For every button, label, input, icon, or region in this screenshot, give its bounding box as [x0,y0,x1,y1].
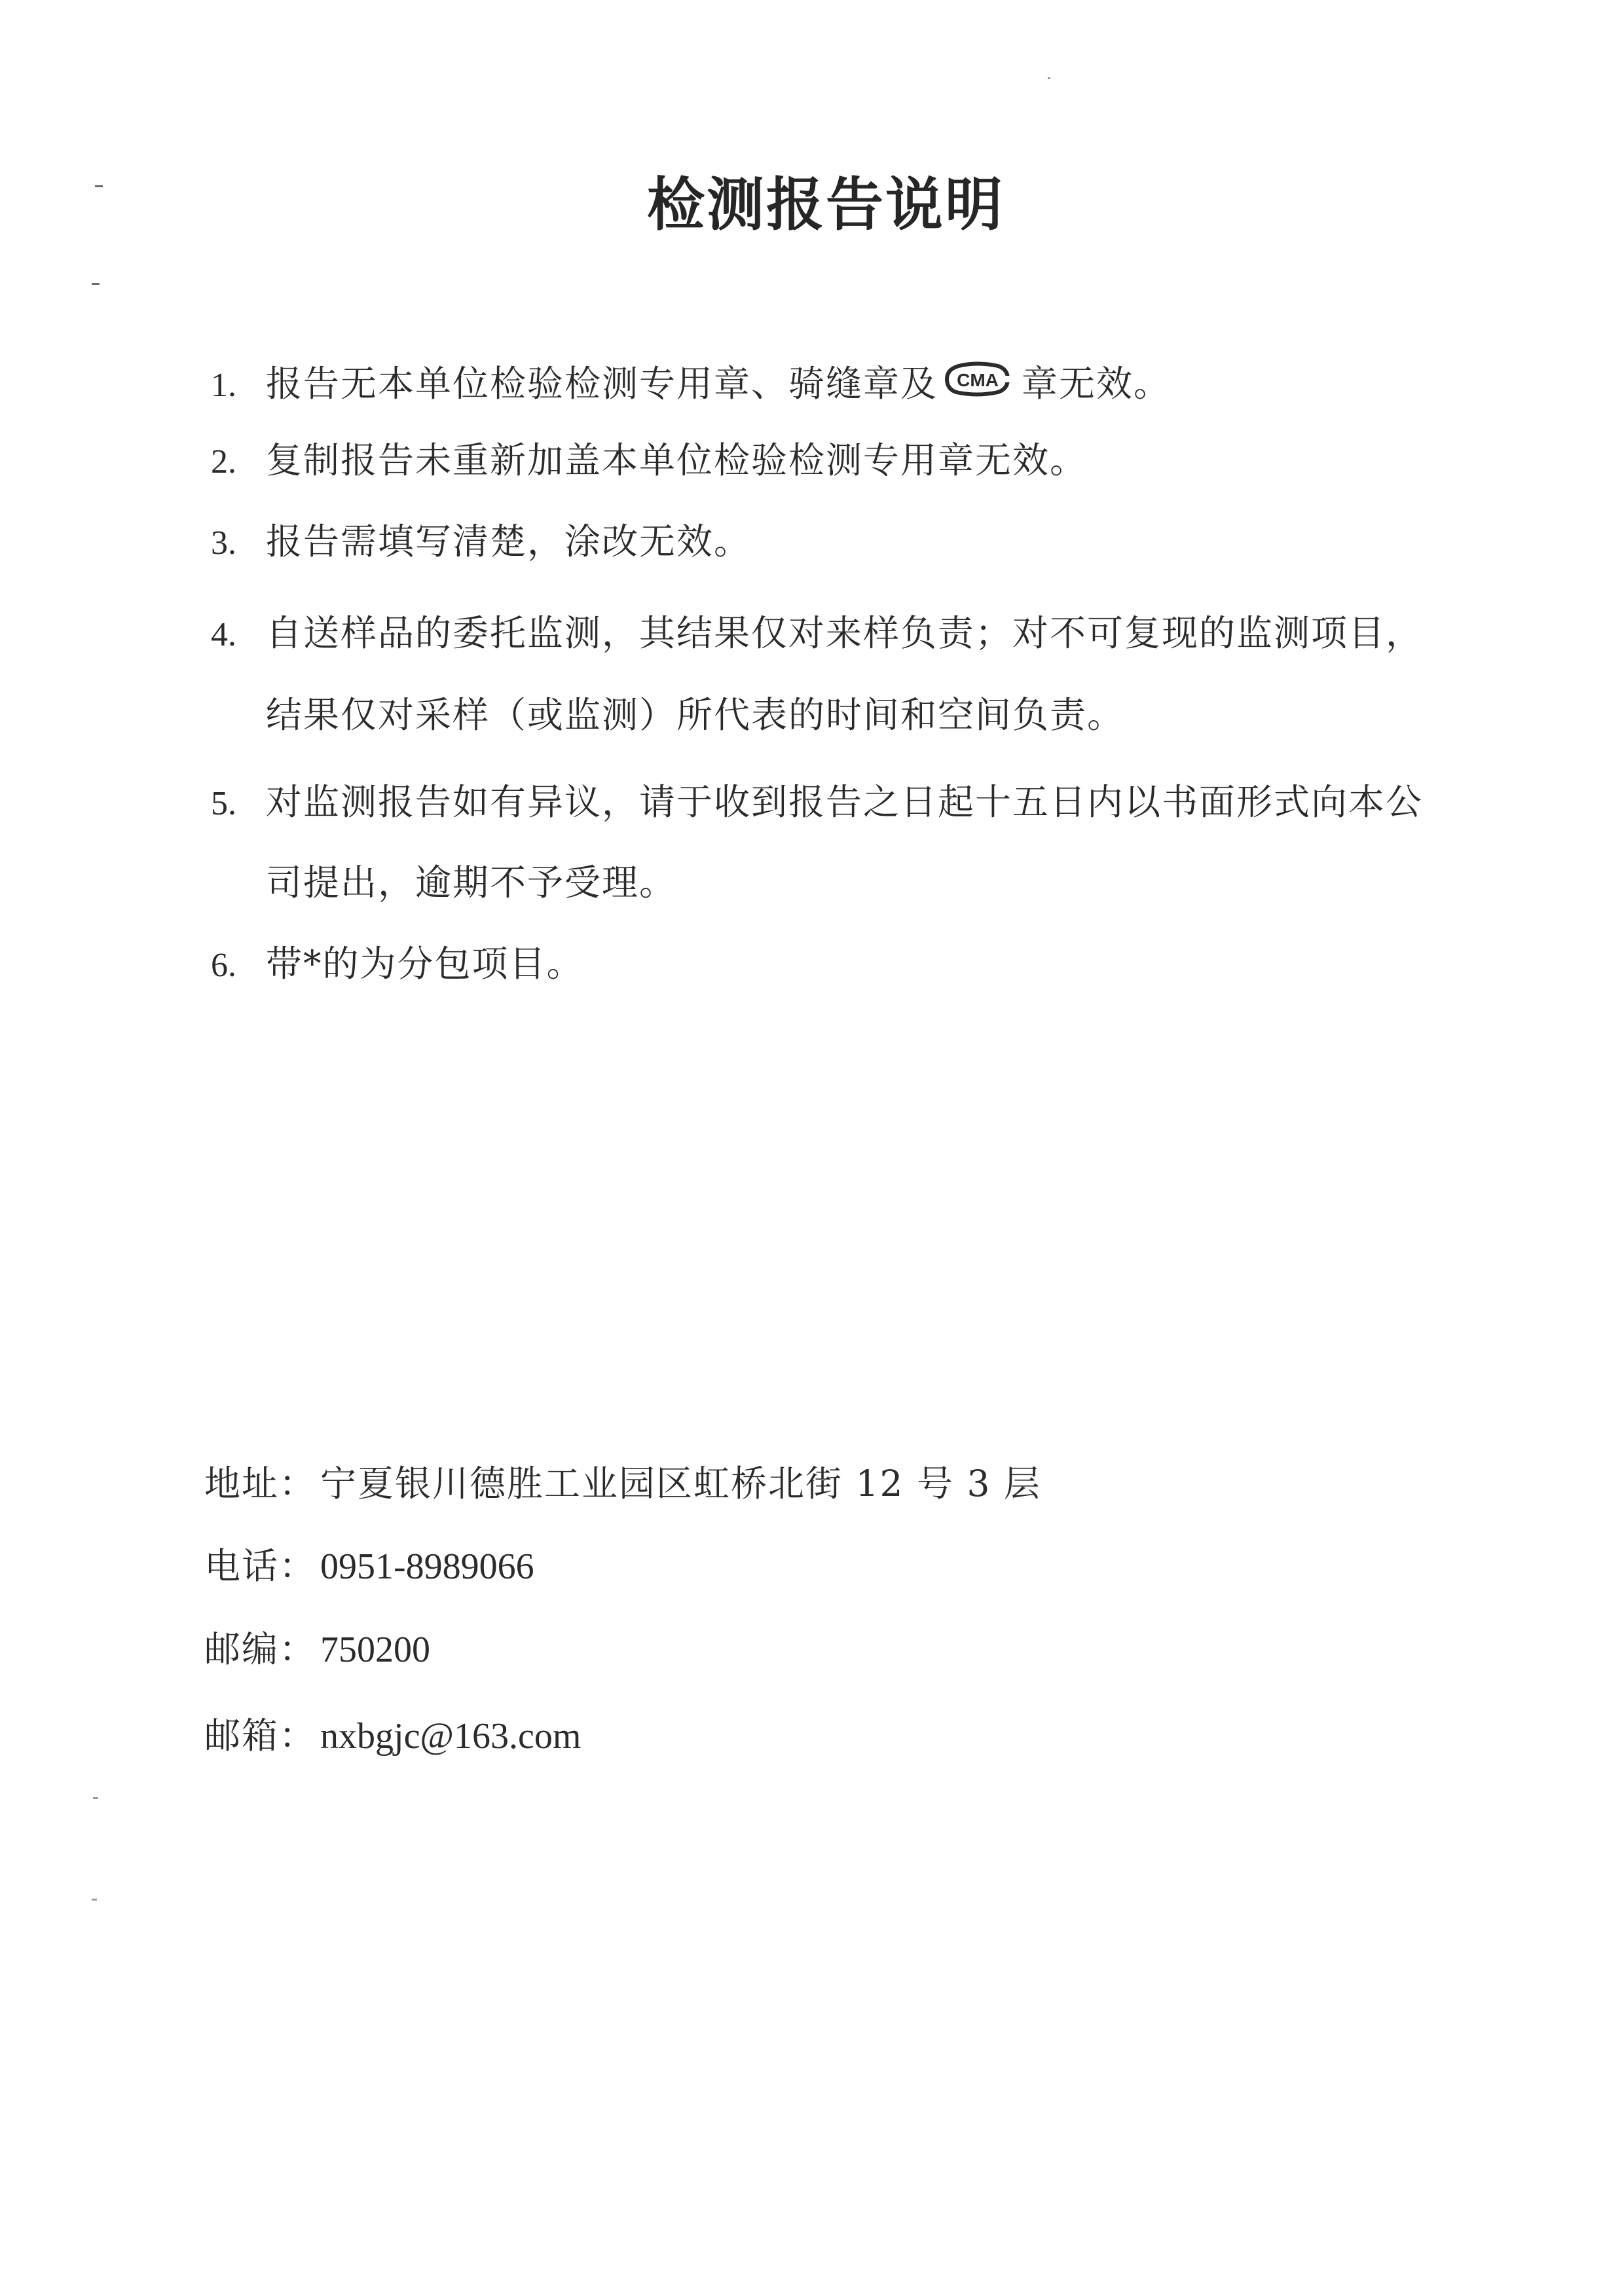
svg-text:CMA: CMA [957,370,999,390]
note-text-after-logo: 章无效。 [1022,363,1171,405]
note-text: 报告无本单位检验检测专用章、骑缝章及 [266,363,938,405]
note-number: 5. [211,781,266,827]
note-number: 4. [211,612,266,658]
note-number: 6. [211,943,266,989]
contact-email: 邮箱：nxbgjc@163.com [204,1713,581,1759]
note-item-1: 1.报告无本单位检验检测专用章、骑缝章及 CMA 章无效。 [211,361,1171,410]
document-page: 检测报告说明 1.报告无本单位检验检测专用章、骑缝章及 CMA 章无效。 2.复… [0,0,1624,2296]
note-text: 报告需填写清楚，涂改无效。 [266,520,751,562]
address-label: 地址： [204,1463,316,1504]
scan-mark [92,283,100,285]
phone-value: 0951-8989066 [320,1546,534,1587]
note-item-6: 6.带*的为分包项目。 [211,941,584,989]
note-item-5-continuation: 司提出，逾期不予受理。 [266,860,676,905]
note-number: 2. [211,439,266,485]
scan-mark [93,1797,98,1799]
email-value: nxbgjc@163.com [320,1716,581,1757]
contact-postcode: 邮编：750200 [204,1626,430,1673]
note-item-4-continuation: 结果仅对采样（或监测）所代表的时间和空间负责。 [266,692,1124,738]
contact-address: 地址：宁夏银川德胜工业园区虹桥北街 12 号 3 层 [204,1461,1041,1506]
postcode-value: 750200 [320,1630,430,1670]
note-number: 1. [211,363,266,409]
cma-certification-mark-icon: CMA [944,361,1010,407]
note-text: 带*的为分包项目。 [266,943,584,985]
note-text: 复制报告未重新加盖本单位检验检测专用章无效。 [266,439,1087,481]
scan-mark [92,1899,97,1901]
note-number: 3. [211,520,266,566]
note-item-4: 4.自送样品的委托监测，其结果仅对来样负责；对不可复现的监测项目， [211,610,1423,658]
note-item-3: 3.报告需填写清楚，涂改无效。 [211,519,751,566]
note-item-2: 2.复制报告未重新加盖本单位检验检测专用章无效。 [211,437,1087,485]
page-title: 检测报告说明 [0,169,1624,241]
note-item-5: 5.对监测报告如有异议，请于收到报告之日起十五日内以书面形式向本公 [211,779,1423,827]
note-text: 对监测报告如有异议，请于收到报告之日起十五日内以书面形式向本公 [266,781,1423,823]
note-text: 自送样品的委托监测，其结果仅对来样负责；对不可复现的监测项目， [266,612,1423,654]
scan-mark [1048,77,1050,79]
address-value: 宁夏银川德胜工业园区虹桥北街 12 号 3 层 [320,1463,1041,1504]
phone-label: 电话： [204,1545,316,1587]
postcode-label: 邮编： [204,1628,316,1670]
email-label: 邮箱： [204,1715,316,1757]
contact-phone: 电话：0951-8989066 [204,1543,534,1590]
